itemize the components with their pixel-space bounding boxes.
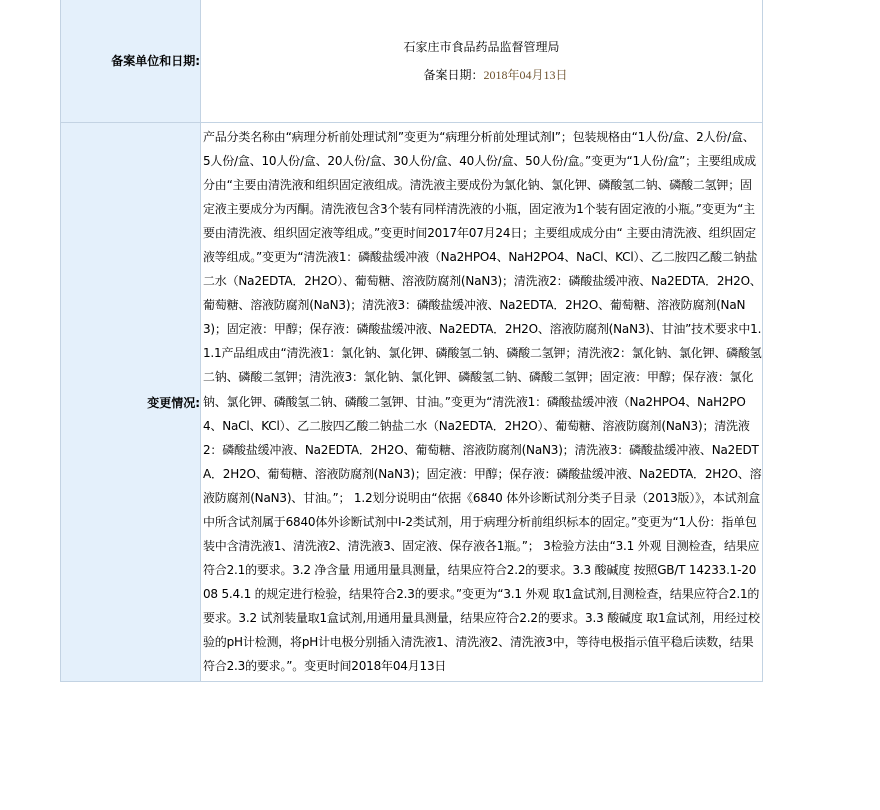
change-description: 产品分类名称由“病理分析前处理试剂”变更为“病理分析前处理试剂Ⅰ”；包装规格由“… xyxy=(201,123,763,682)
filing-row: 备案单位和日期: 石家庄市食品药品监督管理局 备案日期：2018年04月13日 xyxy=(61,0,763,123)
change-label: 变更情况: xyxy=(61,123,201,682)
filing-date-line: 备案日期：2018年04月13日 xyxy=(201,61,762,89)
filing-date: 2018年04月13日 xyxy=(484,68,568,82)
record-table: 备案单位和日期: 石家庄市食品药品监督管理局 备案日期：2018年04月13日 … xyxy=(60,0,763,682)
change-row: 变更情况: 产品分类名称由“病理分析前处理试剂”变更为“病理分析前处理试剂Ⅰ”；… xyxy=(61,123,763,682)
filing-value: 石家庄市食品药品监督管理局 备案日期：2018年04月13日 xyxy=(201,0,763,123)
filing-date-prefix: 备案日期： xyxy=(423,68,483,82)
filing-agency: 石家庄市食品药品监督管理局 xyxy=(201,33,762,61)
filing-label: 备案单位和日期: xyxy=(61,0,201,123)
